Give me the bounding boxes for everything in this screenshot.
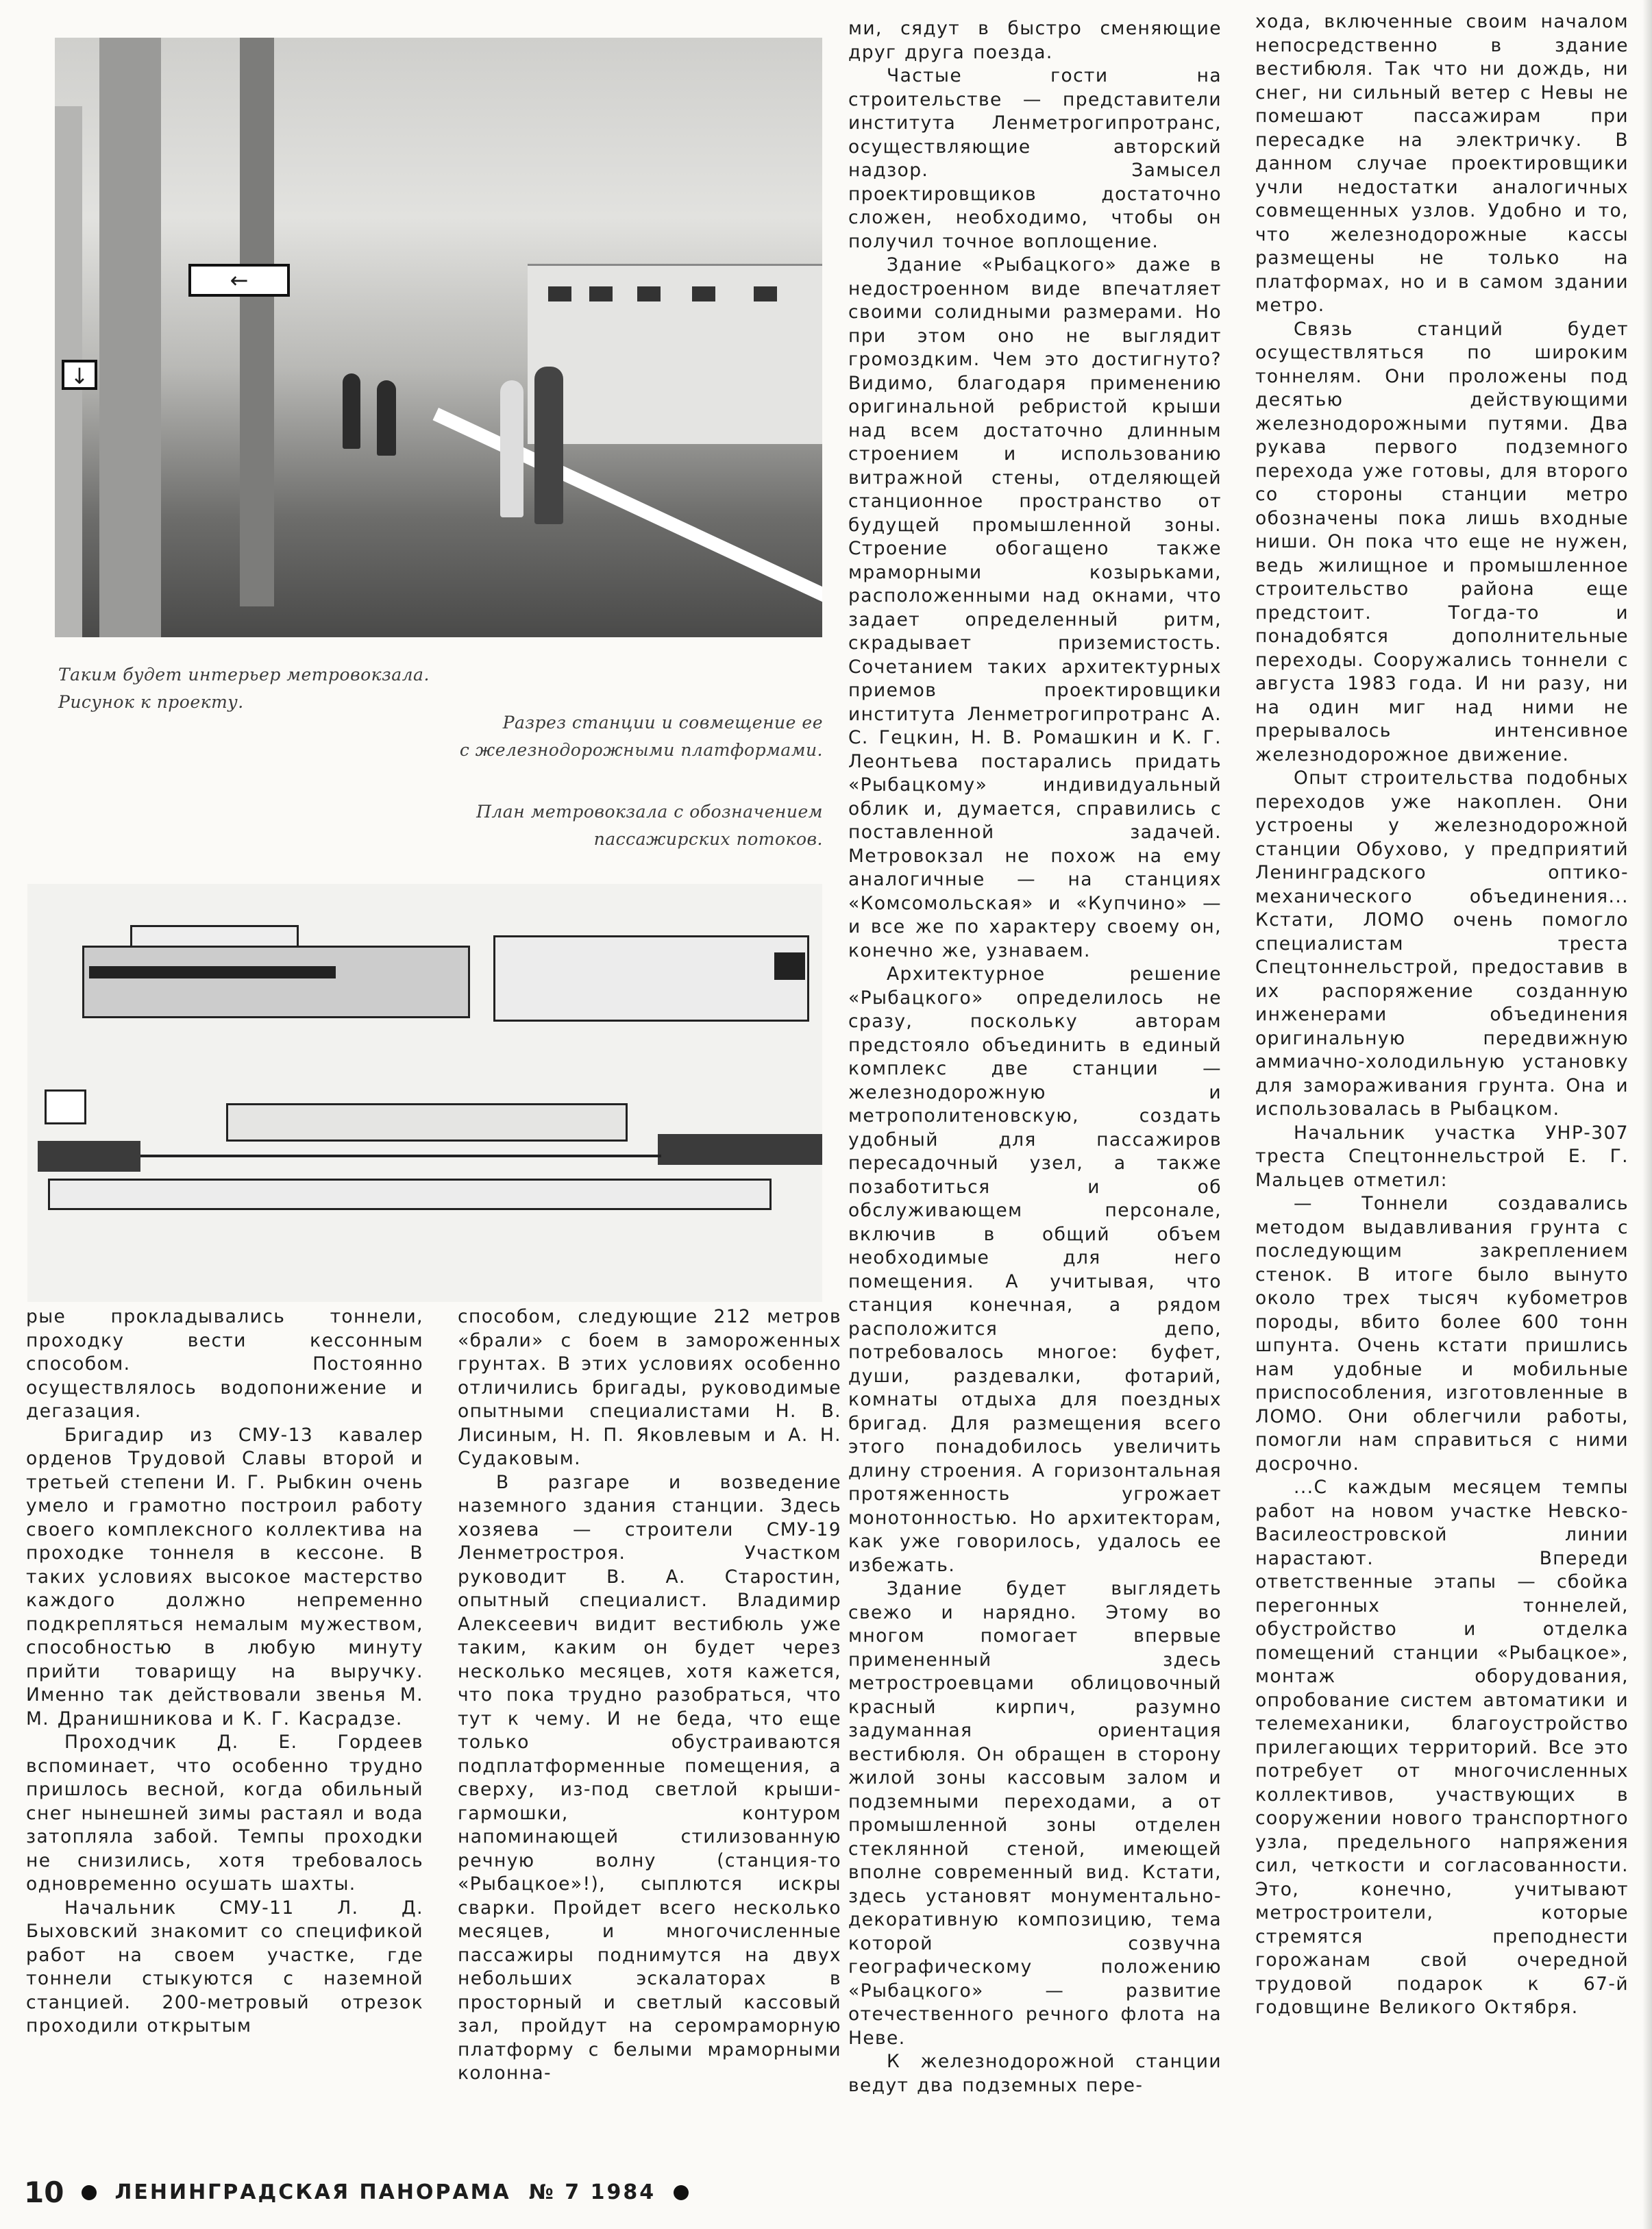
- text-column-3: ми, сядут в быстро сменяющие друг друга …: [848, 17, 1222, 2097]
- passenger: [343, 373, 360, 449]
- caption-plan: План метровокзала с обозначением пассажи…: [343, 798, 823, 853]
- exit-sign: ↓: [62, 360, 97, 390]
- plan-track-left: [38, 1141, 140, 1172]
- paragraph: ми, сядут в быстро сменяющие друг друга …: [848, 17, 1222, 64]
- text-column-4: хода, включенные своим началом непосредс…: [1255, 10, 1629, 2020]
- paragraph: рые прокладывались тоннели, проходку вес…: [26, 1305, 423, 1424]
- paragraph: Связь станций будет осуществляться по ши…: [1255, 318, 1629, 767]
- paragraph: Здание будет выглядеть свежо и нарядно. …: [848, 1577, 1222, 2050]
- page-number: 10: [24, 2176, 64, 2209]
- paragraph: В разгаре и возведение наземного здания …: [458, 1471, 841, 2086]
- arrow-left-icon: ←: [230, 267, 249, 293]
- paragraph: Архитектурное решение «Рыбацкого» опреде…: [848, 963, 1222, 1577]
- paragraph: Проходчик Д. Е. Гордеев вспоминает, что …: [26, 1731, 423, 1897]
- paragraph: — Тоннели создавались методом выдавливан…: [1255, 1192, 1629, 1476]
- section-body: [82, 946, 470, 1018]
- paragraph: Бригадир из СМУ-13 кавалер орденов Трудо…: [26, 1424, 423, 1732]
- text-column-2: способом, следующие 212 метров «брали» с…: [458, 1305, 841, 2086]
- passenger: [377, 380, 396, 456]
- bullet-icon: [674, 2185, 689, 2200]
- station-plan-drawing: [27, 884, 822, 1302]
- caption-photo: Таким будет интерьер метровокзала. Рисун…: [58, 661, 430, 716]
- direction-sign: ←: [188, 264, 290, 297]
- train: [528, 264, 822, 444]
- paragraph: способом, следующие 212 метров «брали» с…: [458, 1305, 841, 1471]
- plan-lower-rooms: [48, 1179, 772, 1210]
- text-column-1: рые прокладывались тоннели, проходку вес…: [26, 1305, 423, 2039]
- pillar: [240, 38, 274, 606]
- paragraph: ...С каждым месяцем темпы работ на новом…: [1255, 1476, 1629, 2020]
- bullet-icon: [82, 2185, 97, 2200]
- paragraph: Начальник участка УНР-307 треста Спецтон…: [1255, 1122, 1629, 1193]
- paragraph: К железнодорожной станции ведут два подз…: [848, 2050, 1222, 2097]
- plan-track-right: [658, 1134, 822, 1165]
- arrow-down-icon: ↓: [71, 363, 89, 389]
- paragraph: Опыт строительства подобных переходов уж…: [1255, 767, 1629, 1122]
- passenger: [534, 367, 563, 524]
- section-platform: [493, 935, 809, 1022]
- pillar: [99, 38, 161, 637]
- paragraph: хода, включенные своим началом непосредс…: [1255, 10, 1629, 318]
- passenger: [500, 380, 523, 517]
- page-edge-shadow: [1642, 0, 1652, 2229]
- paragraph: Здание «Рыбацкого» даже в недостроенном …: [848, 254, 1222, 963]
- paragraph: Частые гости на строительстве — представ…: [848, 64, 1222, 254]
- plan-concourse: [226, 1103, 628, 1142]
- page-footer: 10 ЛЕНИНГРАДСКАЯ ПАНОРАМА № 7 1984: [24, 2176, 689, 2209]
- caption-section: Разрез станции и совмещение ее с железно…: [343, 709, 823, 764]
- paragraph: Начальник СМУ-11 Л. Д. Быховский знакоми…: [26, 1897, 423, 2039]
- magazine-title: ЛЕНИНГРАДСКАЯ ПАНОРАМА: [114, 2180, 510, 2204]
- station-interior-illustration: ← ↓: [55, 38, 822, 637]
- issue-number: № 7 1984: [529, 2180, 656, 2204]
